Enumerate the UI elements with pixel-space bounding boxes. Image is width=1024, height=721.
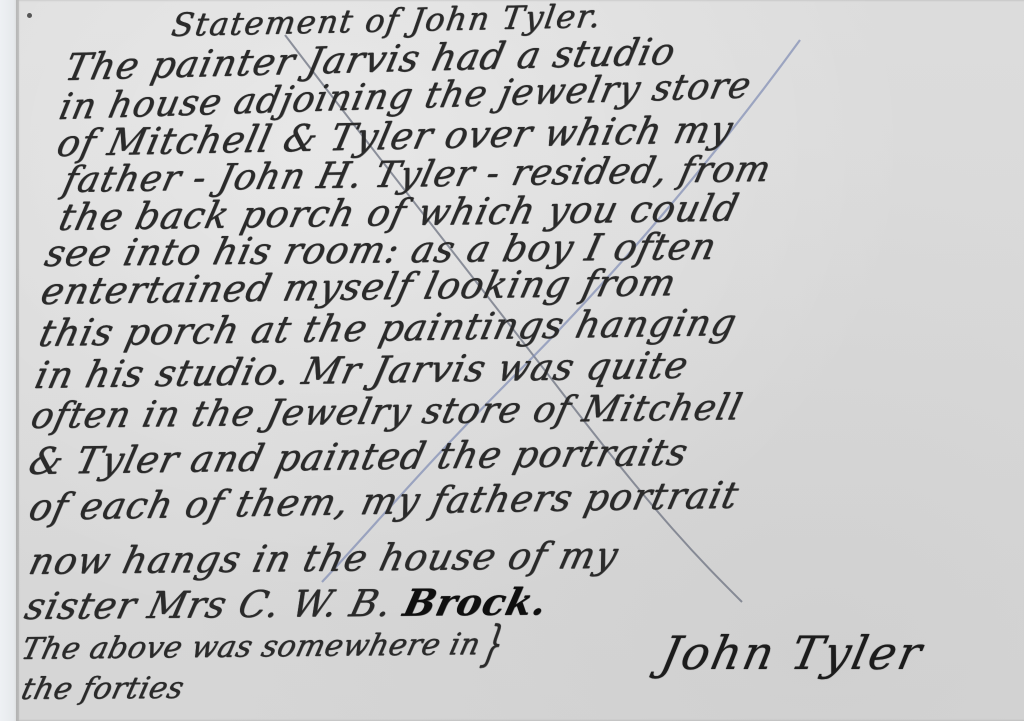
letter-line-10: often in the Jewelry store of Mitchell [27,387,747,437]
letter-line-13: now hangs in the house of my [25,534,623,583]
footnote-text-1: The above was somewhere in [18,627,484,667]
letter-line-14: sister Mrs C. W. B. Brock. [21,579,553,628]
sister-name-brock: Brock. [399,579,552,624]
sister-line-prefix: sister Mrs C. W. B. [21,582,410,628]
ink-dot [27,13,32,18]
footnote-line-2: the forties [18,671,188,707]
footnote-line-1: The above was somewhere in} [18,627,508,667]
paper-left-edge [16,0,19,721]
signature: John Tyler [656,626,928,680]
